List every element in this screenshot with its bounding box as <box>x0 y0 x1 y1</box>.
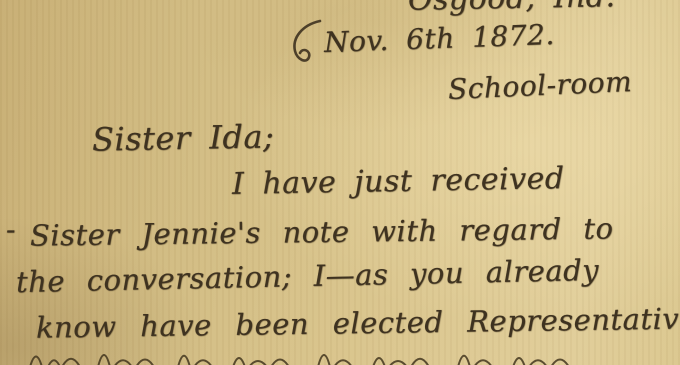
letter-body-line: I have just received <box>232 161 565 202</box>
letter-page: Osgood, Ind. Nov. 6th 1872. School-room … <box>0 0 680 365</box>
letter-body-line: the conversation; I—as you already <box>16 253 600 299</box>
flourish-mark <box>288 18 326 70</box>
letter-salutation: Sister Ida; <box>92 117 275 158</box>
letter-body-line: Sister Jennie's note with regard to <box>30 211 614 252</box>
letter-place-line: Osgood, Ind. <box>408 0 616 18</box>
letter-body-line: know have been elected Representative <box>36 301 680 344</box>
letter-date-line: Nov. 6th 1872. <box>323 18 555 59</box>
letter-location-line: School-room <box>447 65 632 106</box>
margin-dash-mark: - <box>6 213 16 246</box>
partial-line-cutoff <box>28 349 588 365</box>
